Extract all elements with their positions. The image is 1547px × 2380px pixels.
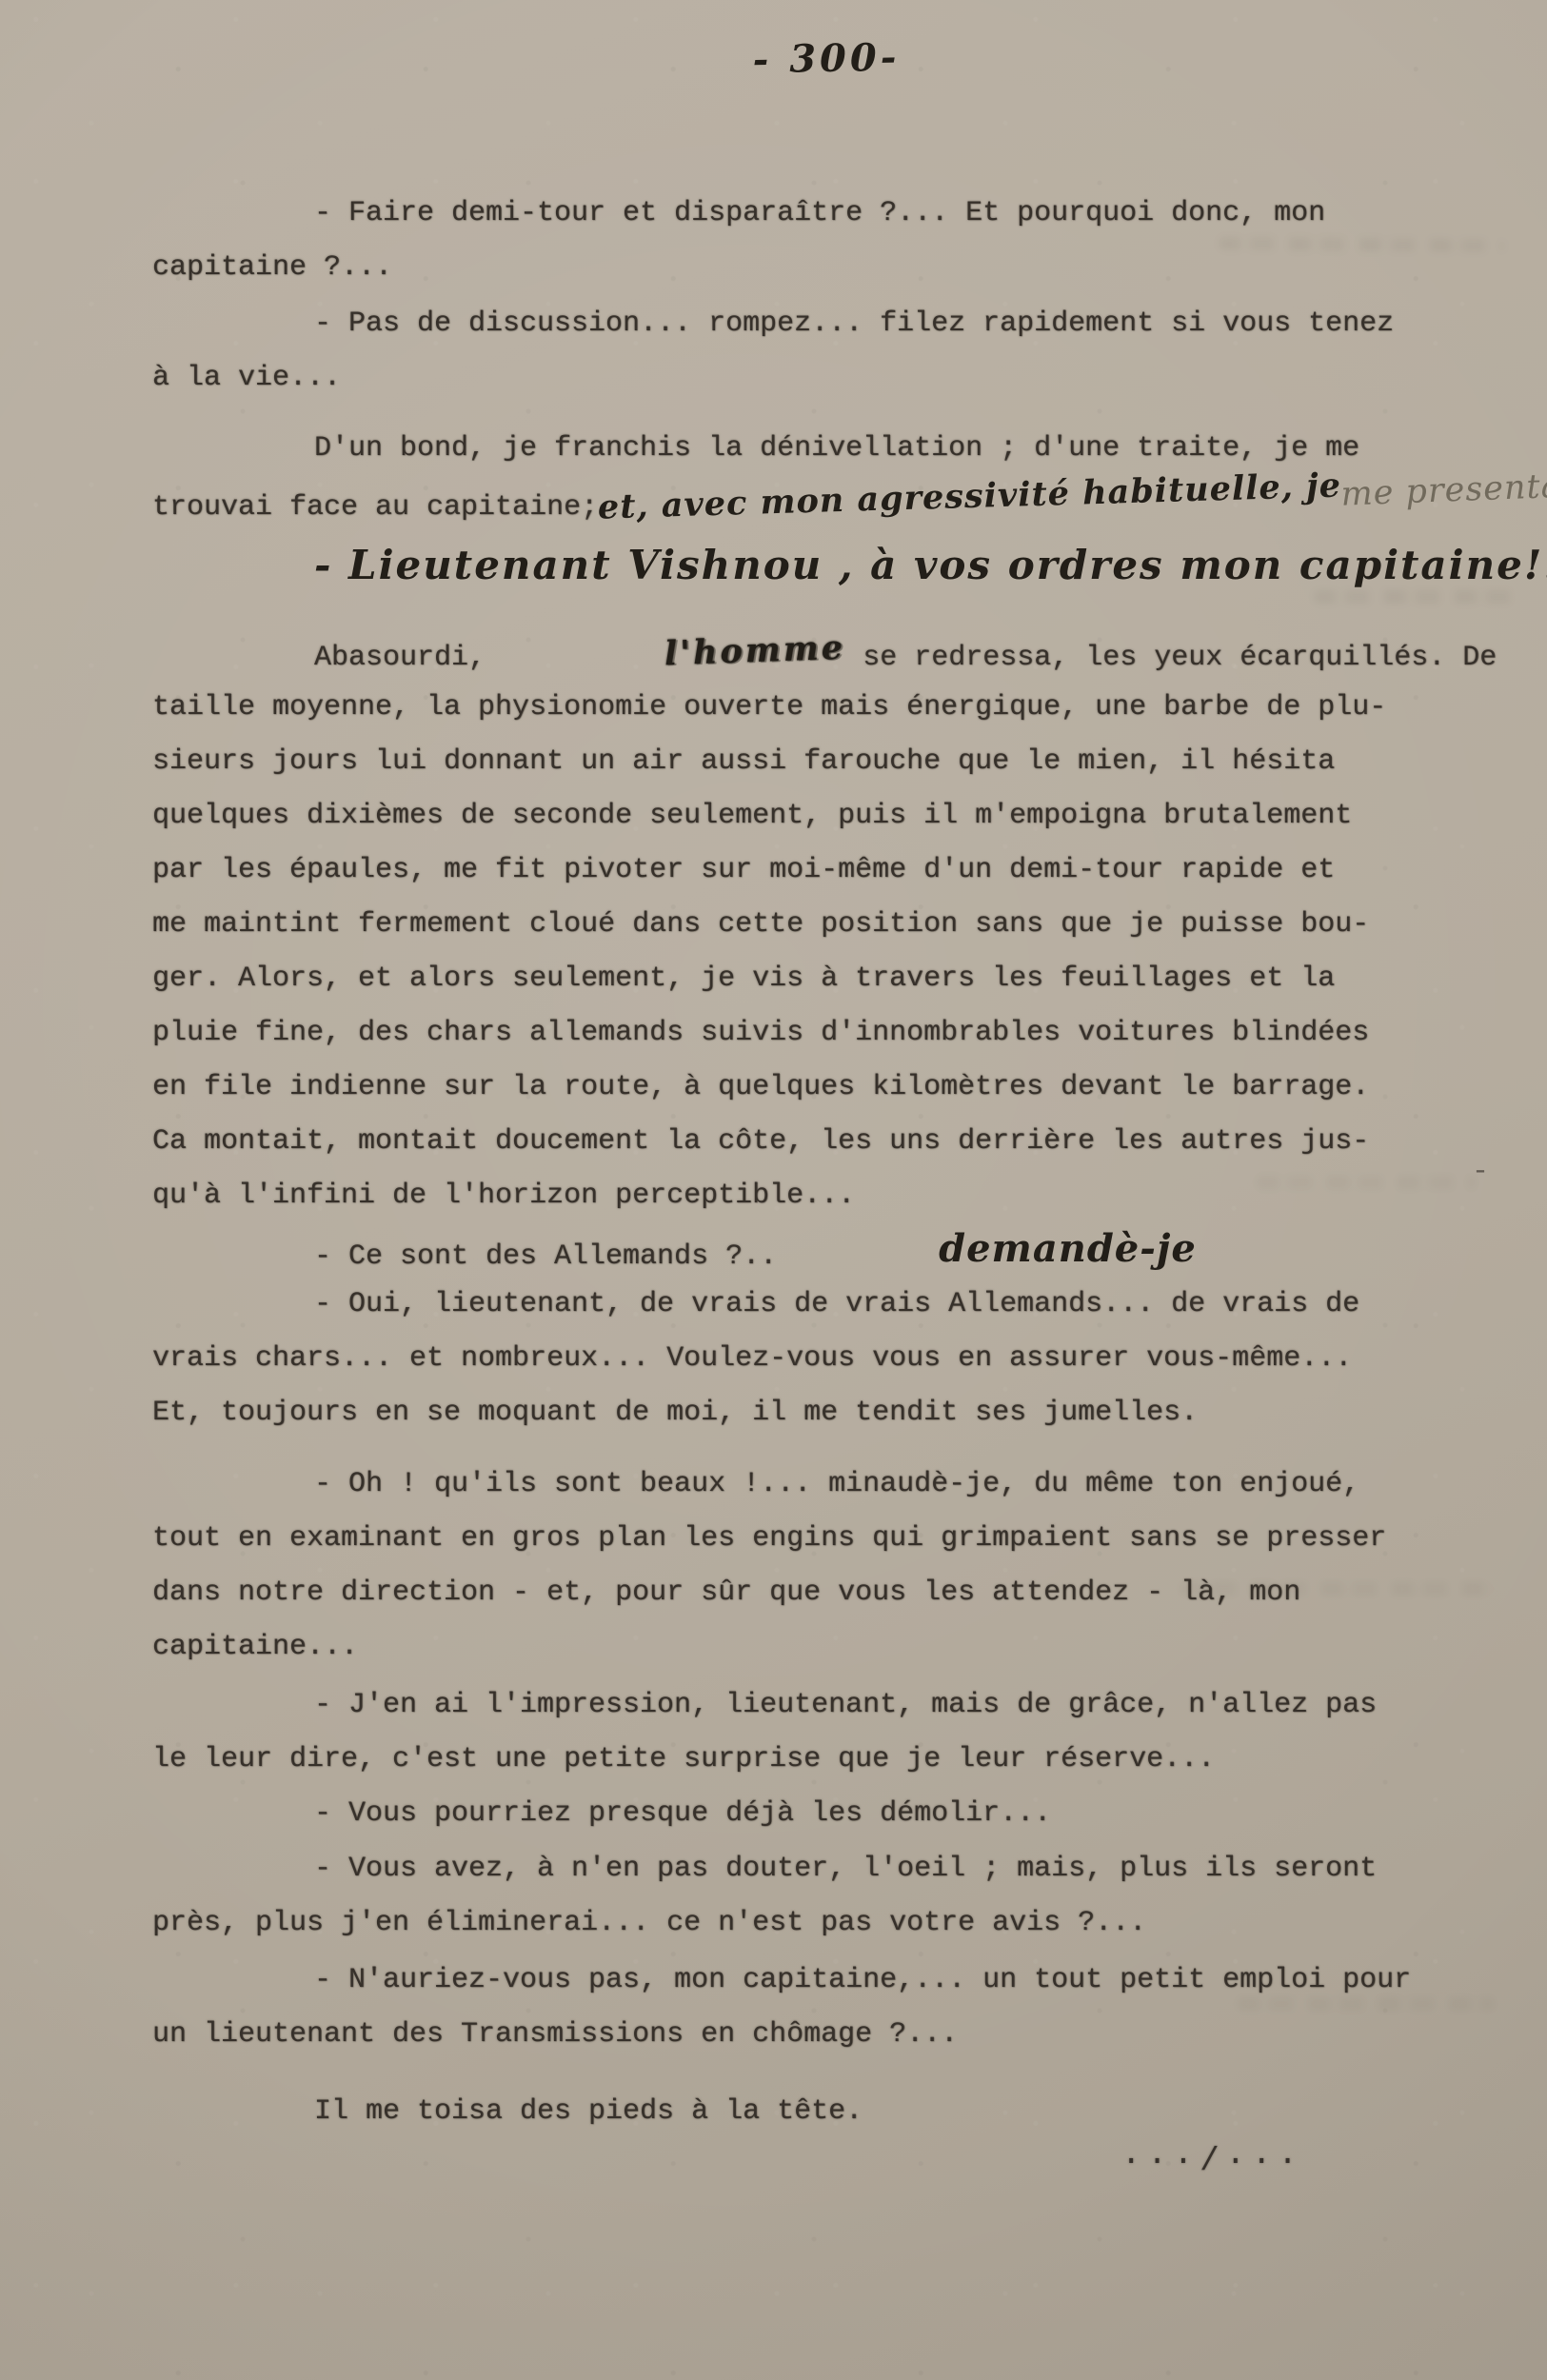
typed-text: - Oh ! qu'ils sont beaux !... minaudè-je… [314, 1468, 1359, 1500]
text-line: qu'à l'infini de l'horizon perceptible..… [152, 1169, 1461, 1223]
text-line: Il me toisa des pieds à la tête. [152, 2085, 1461, 2139]
text-line: en file indienne sur la route, à quelque… [152, 1061, 1461, 1115]
typed-text: Ca montait, montait doucement la côte, l… [152, 1125, 1369, 1158]
typed-text: Il me toisa des pieds à la tête. [314, 2095, 863, 2128]
text-line: - Vous pourriez presque déjà les démolir… [152, 1787, 1461, 1841]
typed-text: - Oui, lieutenant, de vrais de vrais All… [314, 1288, 1359, 1320]
typed-text: le leur dire, c'est une petite surprise … [152, 1743, 1215, 1775]
typed-text: par les épaules, me fit pivoter sur moi-… [152, 854, 1335, 886]
text-line: sieurs jours lui donnant un air aussi fa… [152, 735, 1461, 789]
typed-text: - N'auriez-vous pas, mon capitaine,... u… [314, 1964, 1411, 1996]
typed-text: vrais chars... et nombreux... Voulez-vou… [152, 1342, 1352, 1375]
text-line: dans notre direction - et, pour sûr que … [152, 1566, 1461, 1620]
typed-text: taille moyenne, la physionomie ouverte m… [152, 691, 1386, 724]
text-line: capitaine... [152, 1620, 1461, 1675]
continuation-mark: ···/··· [1121, 2144, 1304, 2180]
typed-text: Abasourdi, [314, 642, 503, 674]
text-line: - Faire demi-tour et disparaître ?... Et… [152, 187, 1461, 241]
text-line: - N'auriez-vous pas, mon capitaine,... u… [152, 1954, 1461, 2008]
text-line: capitaine ?... [152, 241, 1461, 295]
typed-text: capitaine... [152, 1631, 358, 1663]
typed-text: Et, toujours en se moquant de moi, il me… [152, 1397, 1198, 1429]
typed-text: un lieutenant des Transmissions en chôma… [152, 2018, 958, 2051]
text-line: par les épaules, me fit pivoter sur moi-… [152, 843, 1461, 898]
text-line: - J'en ai l'impression, lieutenant, mais… [152, 1678, 1461, 1733]
handwritten-ink-text: demandè-je [777, 1221, 1197, 1276]
typed-text: - Ce sont des Allemands ?.. [314, 1240, 777, 1273]
typed-text: - Vous avez, à n'en pas douter, l'oeil ;… [314, 1853, 1377, 1885]
text-line: - Oui, lieutenant, de vrais de vrais All… [152, 1278, 1461, 1332]
typed-text: dans notre direction - et, pour sûr que … [152, 1577, 1300, 1609]
handwritten-pencil-text: me presentai [1340, 459, 1547, 522]
typed-text: - Faire demi-tour et disparaître ?... Et… [314, 197, 1325, 229]
text-line: - Pas de discussion... rompez... filez r… [152, 297, 1461, 351]
handwritten-ink-text: l'homme [502, 621, 846, 687]
text-line-with-handwriting: trouvai face au capitaine;et, avec mon a… [152, 476, 1461, 530]
typed-text: me maintint fermement cloué dans cette p… [152, 908, 1369, 941]
typed-text: - Pas de discussion... rompez... filez r… [314, 307, 1394, 340]
text-line: à la vie... [152, 351, 1461, 406]
typescript-body: - Faire demi-tour et disparaître ?... Et… [0, 0, 1547, 2139]
text-line: Et, toujours en se moquant de moi, il me… [152, 1386, 1461, 1440]
text-line: ger. Alors, et alors seulement, je vis à… [152, 952, 1461, 1006]
text-line: - Oh ! qu'ils sont beaux !... minaudè-je… [152, 1458, 1461, 1512]
text-line: vrais chars... et nombreux... Voulez-vou… [152, 1332, 1461, 1386]
typed-text: près, plus j'en éliminerai... ce n'est p… [152, 1907, 1146, 1939]
text-line: le leur dire, c'est une petite surprise … [152, 1733, 1461, 1787]
typed-text: - Vous pourriez presque déjà les démolir… [314, 1797, 1051, 1830]
typed-text: ger. Alors, et alors seulement, je vis à… [152, 962, 1335, 995]
text-line: pluie fine, des chars allemands suivis d… [152, 1006, 1461, 1061]
text-line: Ca montait, montait doucement la côte, l… [152, 1115, 1461, 1169]
typed-text: D'un bond, je franchis la dénivellation … [314, 432, 1359, 465]
typed-text: pluie fine, des chars allemands suivis d… [152, 1017, 1369, 1049]
text-line: me maintint fermement cloué dans cette p… [152, 898, 1461, 952]
typed-text: sieurs jours lui donnant un air aussi fa… [152, 745, 1335, 778]
typed-text: tout en examinant en gros plan les engin… [152, 1522, 1386, 1555]
text-line-with-handwriting: - Lieutenant Vishnou , à vos ordres mon … [152, 538, 1461, 592]
text-line: un lieutenant des Transmissions en chôma… [152, 2008, 1461, 2062]
typed-text: à la vie... [152, 362, 341, 394]
text-line: près, plus j'en éliminerai... ce n'est p… [152, 1896, 1461, 1951]
margin-dash-mark: - [1472, 1156, 1489, 1188]
handwritten-ink-text: - Lieutenant Vishnou , à vos ordres mon … [314, 542, 1547, 588]
text-line: quelques dixièmes de seconde seulement, … [152, 789, 1461, 843]
typed-text: - J'en ai l'impression, lieutenant, mais… [314, 1689, 1377, 1721]
typed-text: capitaine ?... [152, 251, 392, 284]
text-line-with-handwriting: Abasourdi, l'homme se redressa, les yeux… [152, 626, 1461, 681]
text-line-with-handwriting: - Ce sont des Allemands ?..demandè-je [152, 1223, 1461, 1278]
typed-text: trouvai face au capitaine; [152, 491, 598, 524]
text-line: tout en examinant en gros plan les engin… [152, 1512, 1461, 1566]
text-line: taille moyenne, la physionomie ouverte m… [152, 681, 1461, 735]
scanned-typescript-page: - 300- - Faire demi-tour et disparaître … [0, 0, 1547, 2380]
typed-text: en file indienne sur la route, à quelque… [152, 1071, 1369, 1103]
typed-text: se redressa, les yeux écarquillés. De [845, 642, 1497, 674]
text-line: - Vous avez, à n'en pas douter, l'oeil ;… [152, 1842, 1461, 1896]
typed-text: quelques dixièmes de seconde seulement, … [152, 800, 1352, 832]
typed-text: qu'à l'infini de l'horizon perceptible..… [152, 1180, 855, 1212]
